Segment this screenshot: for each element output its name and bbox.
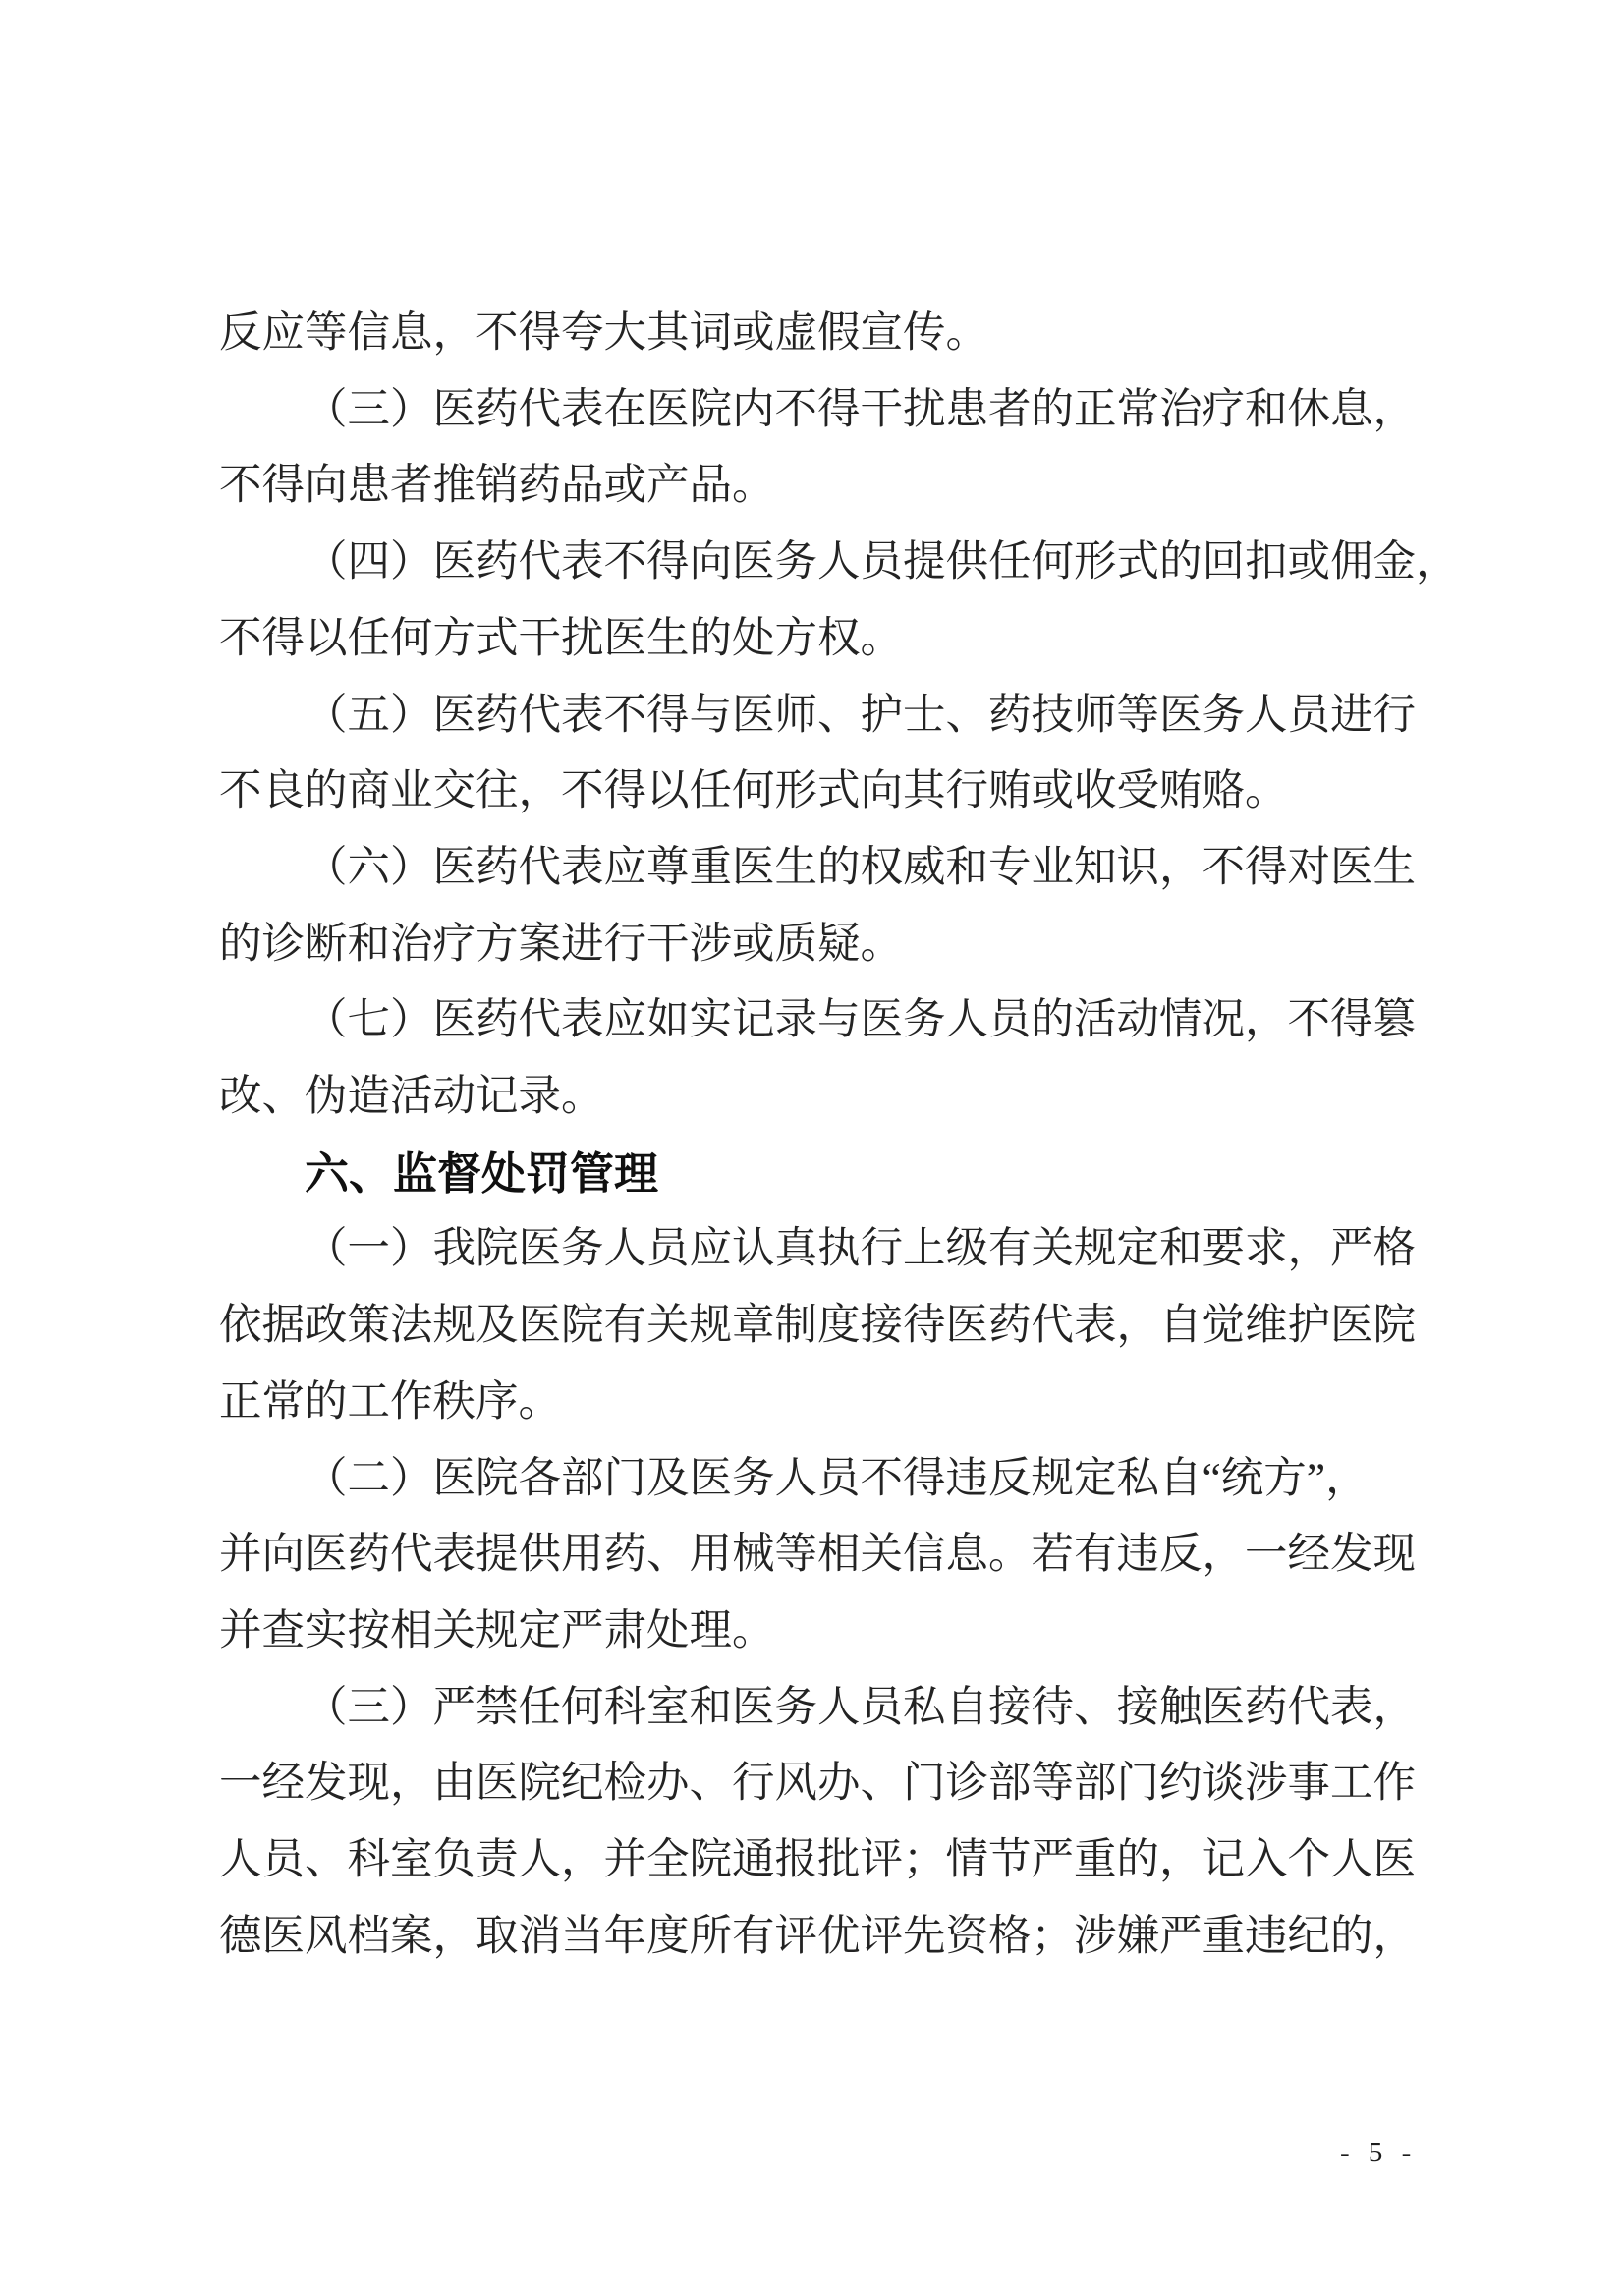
- text-line: （四）医药代表不得向医务人员提供任何形式的回扣或佣金，: [219, 525, 1442, 601]
- body-text-column: 反应等信息，不得夸大其词或虚假宣传。（三）医药代表在医院内不得干扰患者的正常治疗…: [219, 296, 1442, 1975]
- text-line: 反应等信息，不得夸大其词或虚假宣传。: [219, 296, 1442, 372]
- text-line: 不得以任何方式干扰医生的处方权。: [219, 601, 1442, 678]
- section-heading: 六、监督处罚管理: [219, 1136, 1442, 1212]
- text-line: （一）我院医务人员应认真执行上级有关规定和要求，严格: [219, 1211, 1442, 1288]
- text-line: 一经发现，由医院纪检办、行风办、门诊部等部门约谈涉事工作: [219, 1746, 1442, 1822]
- text-line: 改、伪造活动记录。: [219, 1059, 1442, 1136]
- text-line: 不得向患者推销药品或产品。: [219, 448, 1442, 525]
- text-line: 依据政策法规及医院有关规章制度接待医药代表，自觉维护医院: [219, 1288, 1442, 1365]
- text-line: （三）医药代表在医院内不得干扰患者的正常治疗和休息，: [219, 372, 1442, 449]
- text-line: 并向医药代表提供用药、用械等相关信息。若有违反，一经发现: [219, 1517, 1442, 1594]
- text-line: （五）医药代表不得与医师、护士、药技师等医务人员进行: [219, 678, 1442, 755]
- text-line: 人员、科室负责人，并全院通报批评；情节严重的，记入个人医: [219, 1822, 1442, 1899]
- document-page: 反应等信息，不得夸大其词或虚假宣传。（三）医药代表在医院内不得干扰患者的正常治疗…: [0, 0, 1623, 2296]
- text-line: （二）医院各部门及医务人员不得违反规定私自“统方”，: [219, 1441, 1442, 1518]
- text-line: 的诊断和治疗方案进行干涉或质疑。: [219, 907, 1442, 983]
- text-line: （六）医药代表应尊重医生的权威和专业知识，不得对医生: [219, 830, 1442, 907]
- text-line: 正常的工作秩序。: [219, 1365, 1442, 1441]
- page-number: - 5 -: [1340, 2138, 1417, 2167]
- text-line: 德医风档案，取消当年度所有评优评先资格；涉嫌严重违纪的，: [219, 1899, 1442, 1976]
- text-line: 并查实按相关规定严肃处理。: [219, 1594, 1442, 1670]
- text-line: 不良的商业交往，不得以任何形式向其行贿或收受贿赂。: [219, 754, 1442, 830]
- text-line: （三）严禁任何科室和医务人员私自接待、接触医药代表，: [219, 1670, 1442, 1747]
- text-line: （七）医药代表应如实记录与医务人员的活动情况，不得篡: [219, 982, 1442, 1059]
